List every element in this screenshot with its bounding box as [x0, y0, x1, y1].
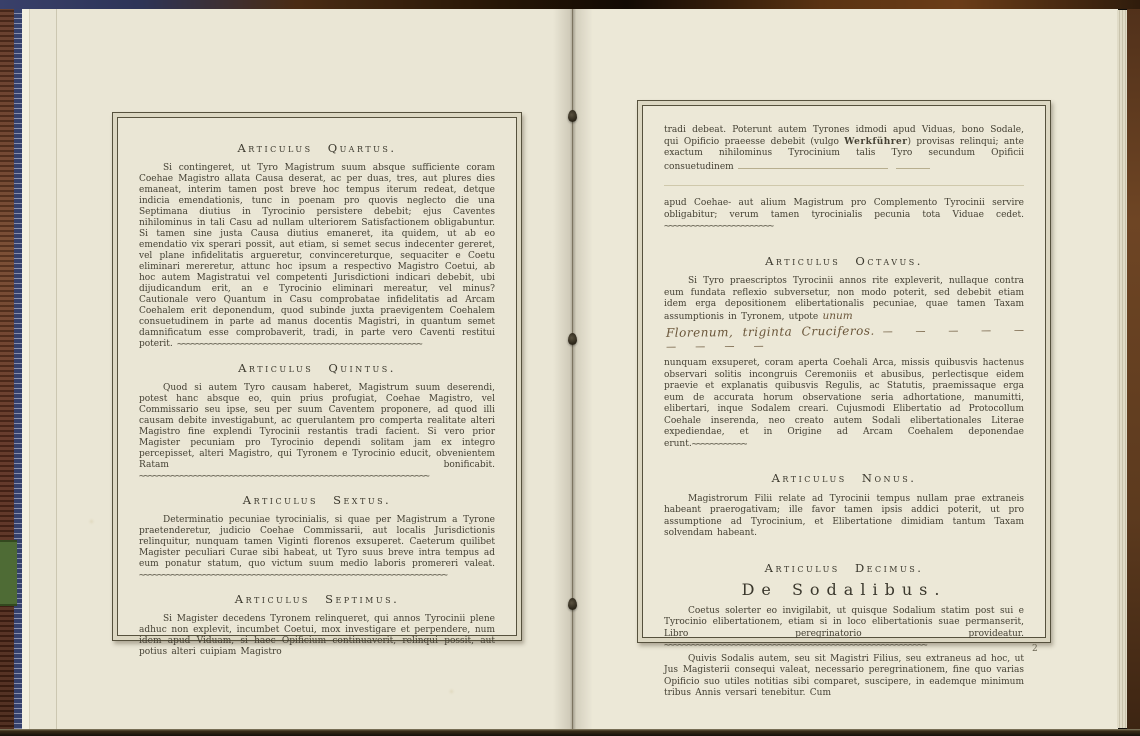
paragraph-decimus-text-1: Coetus solerter eo invigilabit, ut quisq… [664, 606, 1024, 639]
blank-ruled-line [664, 185, 1024, 186]
handwritten-word: unum [823, 310, 853, 322]
paragraph-quartus: Si contingeret, ut Tyro Magistrum suum a… [139, 163, 495, 350]
paragraph-decimus-text-2: Quivis Sodalis autem, seu sit Magistri F… [664, 654, 1024, 699]
paragraph-octavus-2: nunquam exsuperet, coram aperta Coehali … [664, 358, 1024, 450]
subheading-de-sodalibus: De Sodalibus. [664, 584, 1024, 596]
paragraph-septimus-text: Si Magister decedens Tyronem relinqueret… [139, 614, 495, 657]
binding-stitch [568, 110, 577, 122]
binding-stitch [568, 333, 577, 345]
paragraph-decimus-2: Quivis Sodalis autem, seu sit Magistri F… [664, 654, 1024, 700]
paragraph-quintus: Quod si autem Tyro causam haberet, Magis… [139, 383, 495, 482]
paragraph-sextus: Determinatio pecuniae tyrocinialis, si q… [139, 515, 495, 581]
paragraph-nonus: Magistrorum Filii relate ad Tyrocinii te… [664, 494, 1024, 540]
book-top-edge [0, 0, 1140, 9]
fraktur-word: Werkführer [844, 137, 907, 147]
binding-stitch [568, 598, 577, 610]
end-flourish: ~~~~~~~~~~~~~~~~~~~~~~~~~~~~~~~~~~~~~~~~… [664, 640, 926, 651]
right-page-content: tradi debeat. Poterunt autem Tyrones idm… [648, 111, 1040, 632]
end-flourish: ~~~~~~~~~~~~ [692, 439, 746, 450]
heading-articulus-quintus: Articulus Quintus. [139, 363, 495, 374]
right-page-frame: tradi debeat. Poterunt autem Tyrones idm… [637, 100, 1051, 643]
end-flourish: ~~~~~~~~~~~~~~~~~~~~~~~~ [664, 221, 773, 232]
paragraph-septimus-continuation: tradi debeat. Poterunt autem Tyrones idm… [664, 125, 1024, 173]
end-flourish: ~~~~~~~~~~~~~~~~~~~~~~~~~~~~~~~~~~~~~~~~… [139, 471, 428, 482]
heading-articulus-quartus: Articulus Quartus. [139, 143, 495, 154]
right-page-edge-stack [1117, 10, 1127, 728]
page-number: 2 [1032, 644, 1038, 654]
green-bookmark-tab [0, 540, 17, 606]
paragraph-septimus: Si Magister decedens Tyronem relinqueret… [139, 614, 495, 658]
handwritten-insertion-line: Florenum, triginta Cruciferos. — — — — —… [666, 324, 1024, 354]
fill-in-rule-short [896, 160, 930, 169]
heading-articulus-sextus: Articulus Sextus. [139, 495, 495, 506]
end-flourish: ~~~~~~~~~~~~~~~~~~~~~~~~~~~~~~~~~~~~~~~~… [177, 339, 421, 350]
paragraph-quintus-text: Quod si autem Tyro causam haberet, Magis… [139, 383, 495, 470]
continuation-text-3: apud Coehae- aut alium Magistrum pro Com… [664, 198, 1024, 220]
left-page-frame: Articulus Quartus. Si contingeret, ut Ty… [112, 112, 522, 641]
paragraph-octavus-1: Si Tyro praescriptos Tyrocinii annos rit… [664, 276, 1024, 323]
paragraph-continuation-2: apud Coehae- aut alium Magistrum pro Com… [664, 198, 1024, 233]
fill-in-rule [738, 160, 888, 169]
end-flourish: ~~~~~~~~~~~~~~~~~~~~~~~~~~~~~~~~~~~~~~~~… [139, 570, 446, 581]
paragraph-quartus-text: Si contingeret, ut Tyro Magistrum suum a… [139, 163, 495, 349]
section-gap [664, 542, 1024, 550]
heading-articulus-octavus: Articulus Octavus. [664, 256, 1024, 268]
heading-articulus-septimus: Articulus Septimus. [139, 594, 495, 605]
paragraph-octavus-text-2: nunquam exsuperet, coram aperta Coehali … [664, 358, 1024, 449]
heading-articulus-nonus: Articulus Nonus. [664, 473, 1024, 485]
heading-articulus-decimus: Articulus Decimus. [664, 563, 1024, 575]
section-gap [664, 452, 1024, 460]
right-cover-leather [1127, 0, 1140, 736]
paragraph-sextus-text: Determinatio pecuniae tyrocinialis, si q… [139, 515, 495, 569]
section-gap [664, 235, 1024, 243]
left-cover-leather [0, 0, 14, 736]
book-bottom-edge [0, 729, 1140, 736]
paragraph-nonus-text: Magistrorum Filii relate ad Tyrocinii te… [664, 494, 1024, 539]
handwritten-amount: Florenum, triginta Cruciferos. [666, 324, 875, 340]
right-page-frame-inner: tradi debeat. Poterunt autem Tyrones idm… [642, 105, 1046, 638]
book-scan: { "left_page": { "sections": [ { "headin… [0, 0, 1140, 736]
paragraph-decimus-1: Coetus solerter eo invigilabit, ut quisq… [664, 606, 1024, 652]
left-page-content: Articulus Quartus. Si contingeret, ut Ty… [123, 123, 511, 630]
left-page-frame-inner: Articulus Quartus. Si contingeret, ut Ty… [117, 117, 517, 636]
paper-foxing-spots [0, 0, 3, 3]
